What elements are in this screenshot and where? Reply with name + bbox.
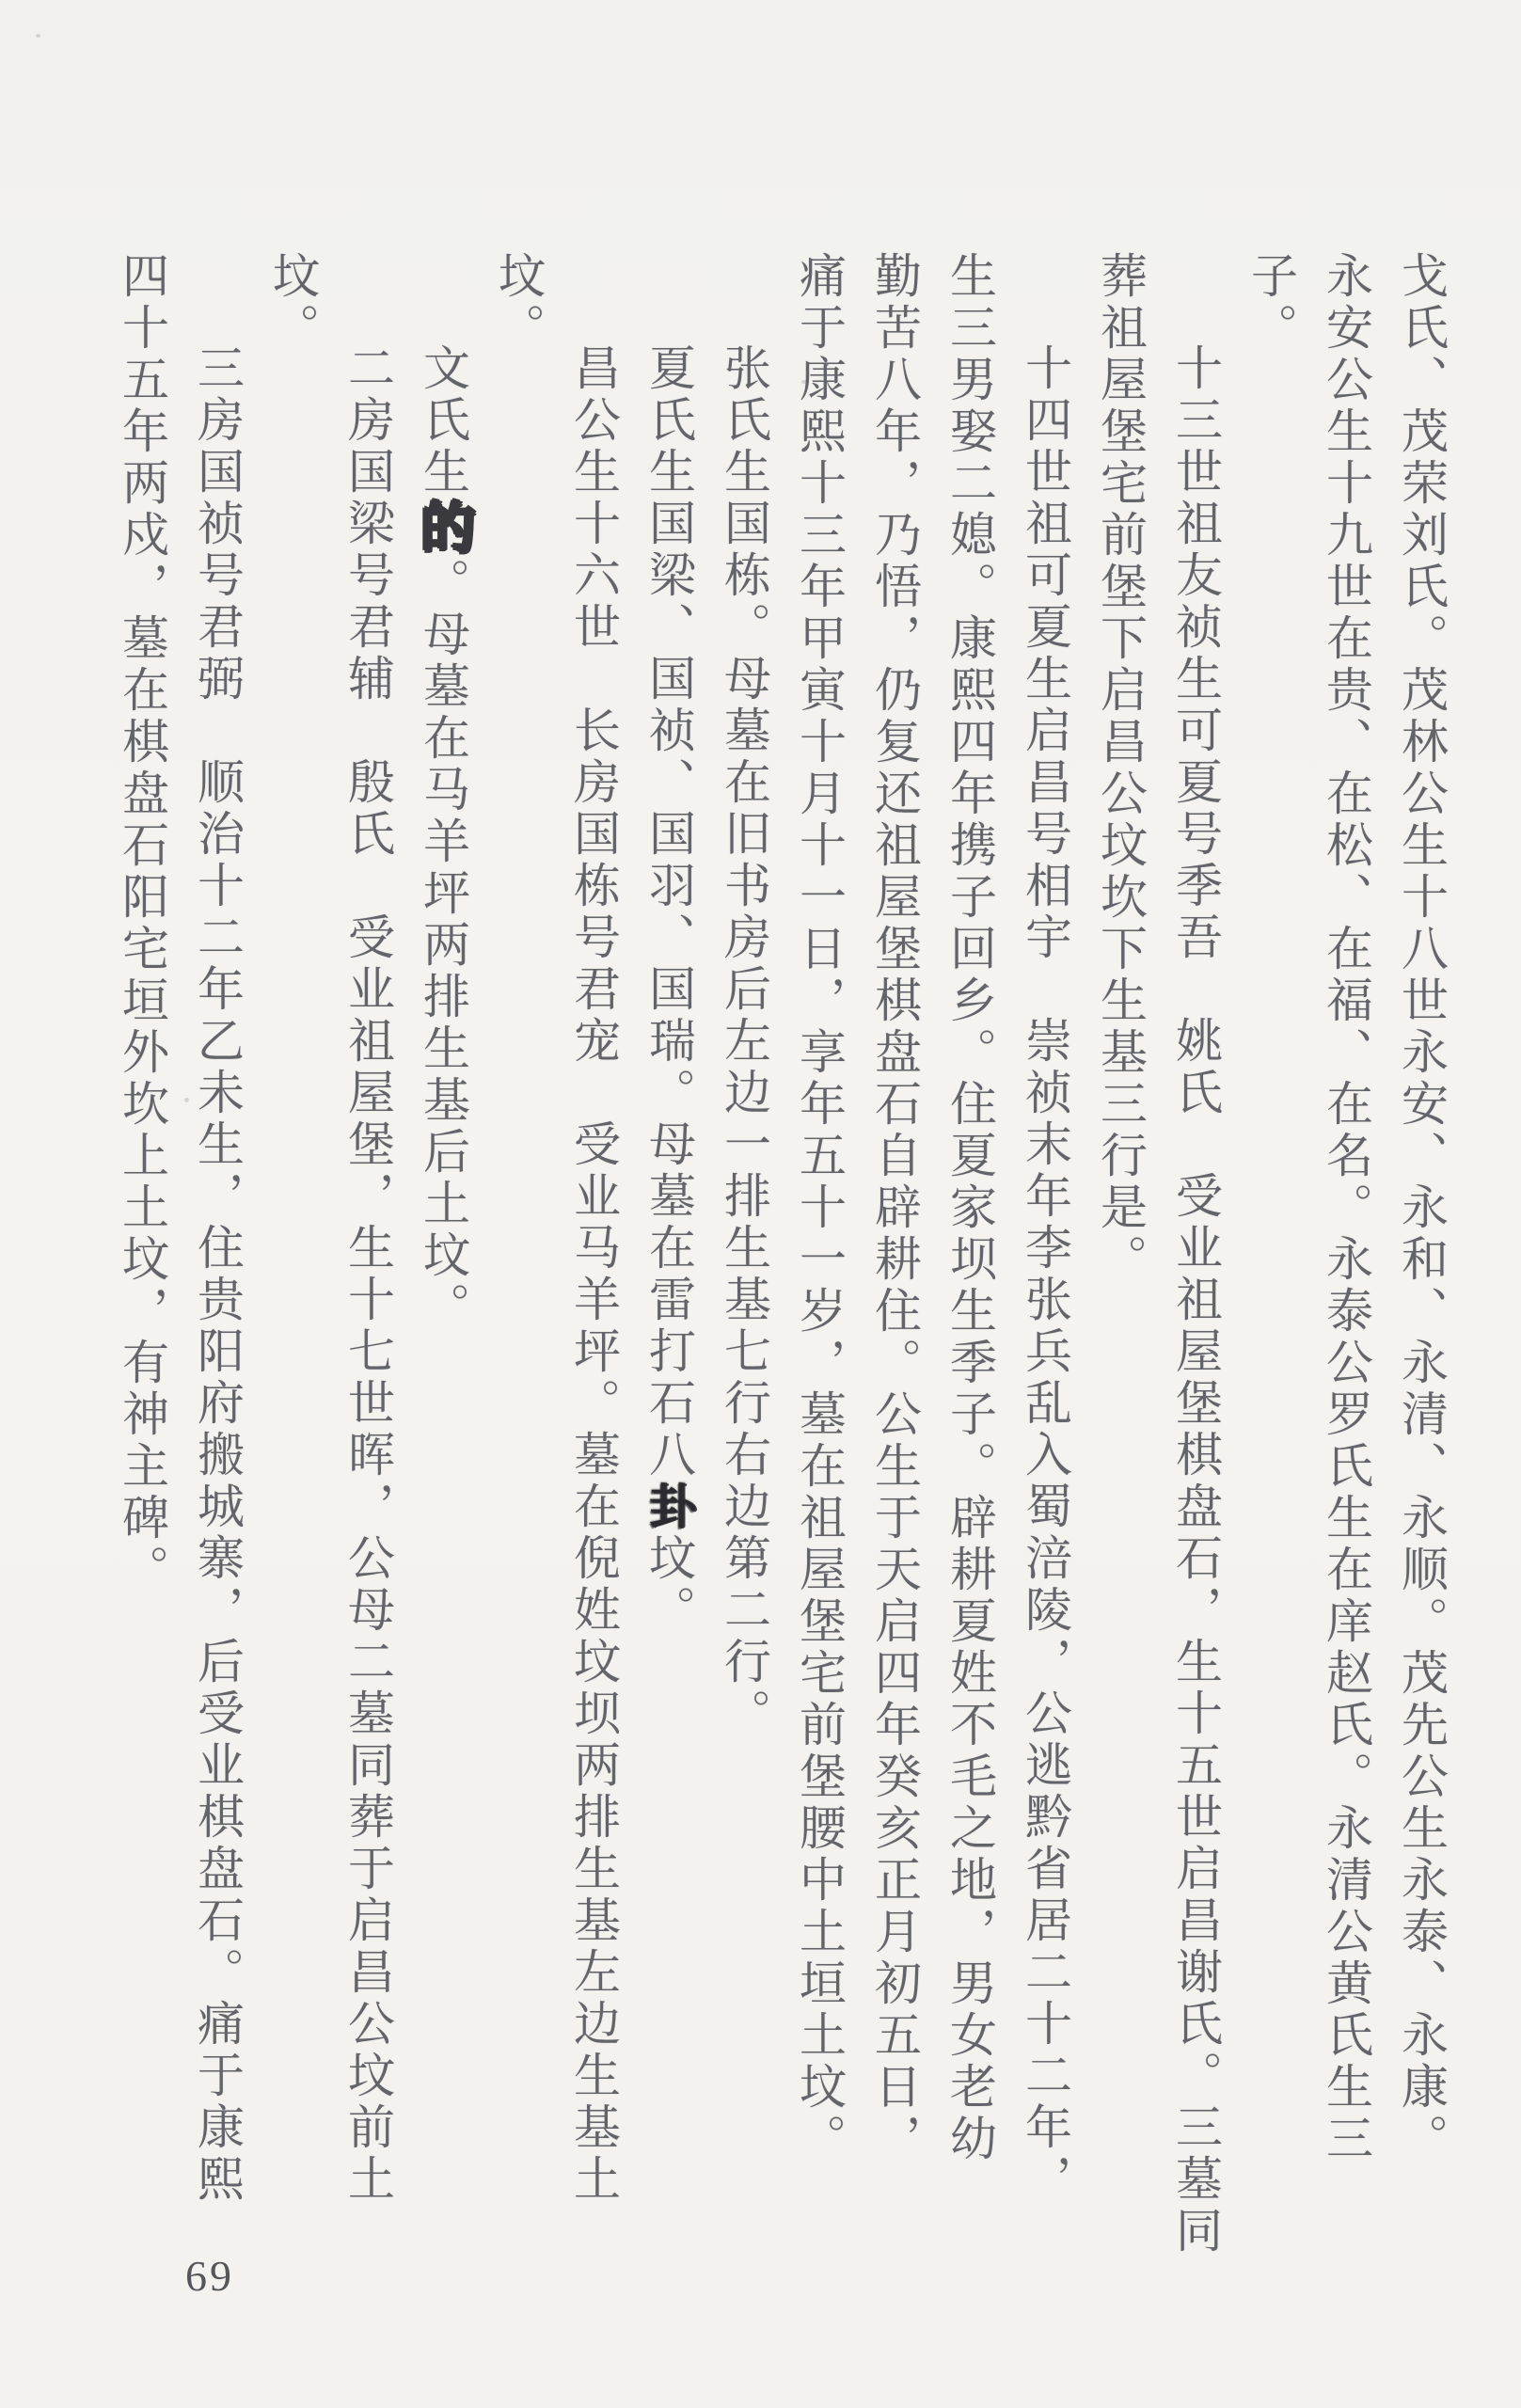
text-column: 三房国祯号君弼 顺治十二年乙未生，住贵阳府搬城寨，后受业棋盘石。痛于康熙 (180, 251, 255, 2236)
text-column: 夏氏生国梁、国祯、国羽、国瑞。母墓在雷打石八卦坟。 (631, 251, 706, 2236)
text-column: 永安公生十九世在贵、在松、在福、在名。永泰公罗氏生在庠赵氏。永清公黄氏生三 (1308, 251, 1384, 2236)
text-column: 葬祖屋堡宅前堡下启昌公坟坎下生基三行是。 (1083, 251, 1158, 2236)
text-column: 张氏生国栋。母墓在旧书房后左边一排生基七行右边第二行。 (706, 251, 782, 2236)
text-column: 昌公生十六世 长房国栋号君宠 受业马羊坪。墓在倪姓坟坝两排生基左边生基土 (556, 251, 631, 2236)
text-column: 坟。 (255, 251, 330, 2236)
text-run: 三房国祯号君弼 顺治十二年乙未生，住贵阳府搬城寨，后受业棋盘石。痛于康熙 (191, 343, 244, 2206)
text-column: 痛于康熙十三年甲寅十月十一日，享年五十一岁，墓在祖屋堡宅前堡腰中土垣土坟。 (782, 251, 857, 2236)
text-column: 坟。 (481, 251, 556, 2236)
text-run: 二房国梁号君辅 殷氏 受业祖屋堡，生十七世晖，公母二墓同葬于启昌公坟前土 (341, 343, 394, 2206)
text-run: 文氏生 (417, 343, 469, 499)
text-run: 十四世祖可夏生启昌号相宇 崇祯末年李张兵乱入蜀涪陵，公逃黔省居二十二年， (1019, 343, 1071, 2206)
text-run: 昌公生十六世 长房国栋号君宠 受业马羊坪。墓在倪姓坟坝两排生基左边生基土 (567, 343, 620, 2206)
text-run: 子。 (1244, 251, 1297, 355)
text-column: 二房国梁号君辅 殷氏 受业祖屋堡，生十七世晖，公母二墓同葬于启昌公坟前土 (330, 251, 405, 2236)
text-column: 十四世祖可夏生启昌号相宇 崇祯末年李张兵乱入蜀涪陵，公逃黔省居二十二年， (1007, 251, 1083, 2236)
text-column: 勤苦八年，乃悟，仍复还祖屋堡棋盘石自辟耕住。公生于天启四年癸亥正月初五日， (857, 251, 932, 2236)
text-run: 坟。 (492, 251, 545, 355)
genealogy-vertical-text: 戈氏、茂荣刘氏。茂林公生十八世永安、永和、永清、永顺。茂先公生永泰、永康。永安公… (104, 251, 1459, 2236)
scan-speck (36, 34, 40, 38)
text-column: 戈氏、茂荣刘氏。茂林公生十八世永安、永和、永清、永顺。茂先公生永泰、永康。 (1384, 251, 1459, 2236)
text-run: 坟。 (642, 1533, 695, 1637)
text-run: 勤苦八年，乃悟，仍复还祖屋堡棋盘石自辟耕住。公生于天启四年癸亥正月初五日， (868, 251, 921, 2165)
text-column: 四十五年两戍，墓在棋盘石阳宅垣外坎上土坟，有神主碑。 (104, 251, 180, 2236)
text-run: 十三世祖友祯生可夏号季吾 姚氏 受业祖屋堡棋盘石，生十五世启昌谢氏。三墓同 (1169, 343, 1222, 2257)
text-run: 生三男娶二媳。康熙四年携子回乡。住夏家坝生季子。辟耕夏姓不毛之地，男女老幼 (943, 251, 996, 2165)
text-run: 夏氏生国梁、国祯、国羽、国瑞。母墓在雷打石八 (642, 343, 695, 1481)
text-column: 十三世祖友祯生可夏号季吾 姚氏 受业祖屋堡棋盘石，生十五世启昌谢氏。三墓同 (1158, 251, 1233, 2236)
text-run: 痛于康熙十三年甲寅十月十一日，享年五十一岁，墓在祖屋堡宅前堡腰中土垣土坟。 (793, 251, 846, 2165)
text-column: 文氏生的。母墓在马羊坪两排生基后土坟。 (405, 251, 481, 2236)
text-column: 生三男娶二媳。康熙四年携子回乡。住夏家坝生季子。辟耕夏姓不毛之地，男女老幼 (932, 251, 1007, 2236)
text-run: 永安公生十九世在贵、在松、在福、在名。永泰公罗氏生在庠赵氏。永清公黄氏生三 (1320, 251, 1372, 2165)
page-number: 69 (185, 2251, 234, 2301)
smudged-character: 的 (411, 499, 475, 558)
text-run: 张氏生国栋。母墓在旧书房后左边一排生基七行右边第二行。 (718, 343, 770, 1740)
text-run: 葬祖屋堡宅前堡下启昌公坟坎下生基三行是。 (1094, 251, 1147, 1286)
text-run: 戈氏、茂荣刘氏。茂林公生十八世永安、永和、永清、永顺。茂先公生永泰、永康。 (1395, 251, 1448, 2165)
text-run: 坟。 (266, 251, 319, 355)
smudged-character: 卦 (642, 1481, 695, 1533)
text-column: 子。 (1233, 251, 1308, 2236)
text-run: 。母墓在马羊坪两排生基后土坟。 (417, 558, 469, 1334)
text-run: 四十五年两戍，墓在棋盘石阳宅垣外坎上土坟，有神主碑。 (116, 251, 168, 1596)
